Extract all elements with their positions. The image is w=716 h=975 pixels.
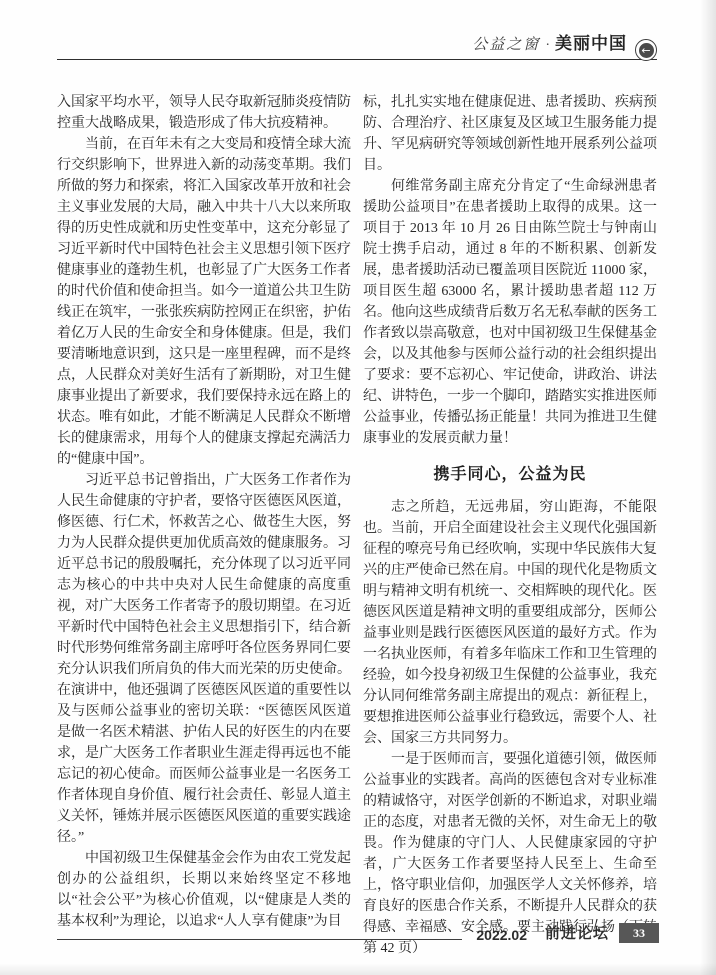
scan-shadow-bottom [0, 963, 716, 975]
paragraph: 何维常务副主席充分肯定了“生命绿洲患者援助公益项目”在患者援助上取得的成果。这一… [363, 176, 657, 449]
left-column: 入国家平均水平，领导人民夺取新冠肺炎疫情防控重大战略成果，锻造形成了伟大抗疫精神… [57, 92, 351, 959]
right-column: 标，扎扎实实地在健康促进、患者援助、疾病预防、合理治疗、社区康复及区域卫生服务能… [363, 92, 657, 959]
page-number-badge: 33 [619, 923, 659, 943]
paragraph: 标，扎扎实实地在健康促进、患者援助、疾病预防、合理治疗、社区康复及区域卫生服务能… [363, 92, 657, 176]
section-heading: 携手同心，公益为民 [363, 464, 657, 485]
journal-logo-icon: ← [635, 39, 657, 61]
back-arrow-icon: ← [639, 43, 654, 58]
paragraph: 习近平总书记曾指出，广大医务工作者作为人民生命健康的守护者，要恪守医德医风医道，… [57, 470, 351, 848]
paragraph: 中国初级卫生保健基金会作为由农工党发起创办的公益组织，长期以来始终坚定不移地以“… [57, 848, 351, 932]
article-columns: 入国家平均水平，领导人民夺取新冠肺炎疫情防控重大战略成果，锻造形成了伟大抗疫精神… [57, 92, 657, 959]
footer-rule [57, 939, 462, 940]
page-header: 公益之窗 · 美丽中国 ← [57, 30, 657, 60]
issue-date: 2022.02 [476, 927, 527, 943]
feature-name-label: 美丽中国 [555, 29, 627, 54]
page-content: 公益之窗 · 美丽中国 ← 入国家平均水平，领导人民夺取新冠肺炎疫情防控重大战略… [57, 30, 657, 959]
paragraph: 当前，在百年未有之大变局和疫情全球大流行交织影响下，世界进入新的动荡变革期。我们… [57, 134, 351, 470]
paragraph: 志之所趋，无远弗届，穷山距海，不能限也。当前，开启全面建设社会主义现代化强国新征… [363, 497, 657, 749]
paragraph: 入国家平均水平，领导人民夺取新冠肺炎疫情防控重大战略成果，锻造形成了伟大抗疫精神… [57, 92, 351, 134]
column-name-label: 公益之窗 [472, 33, 540, 54]
page-footer: 2022.02 前进论坛 33 [57, 922, 659, 943]
scan-shadow-right [700, 0, 716, 975]
journal-name: 前进论坛 [545, 922, 609, 943]
header-separator-dot: · [545, 38, 550, 54]
magazine-page: 公益之窗 · 美丽中国 ← 入国家平均水平，领导人民夺取新冠肺炎疫情防控重大战略… [0, 0, 716, 975]
